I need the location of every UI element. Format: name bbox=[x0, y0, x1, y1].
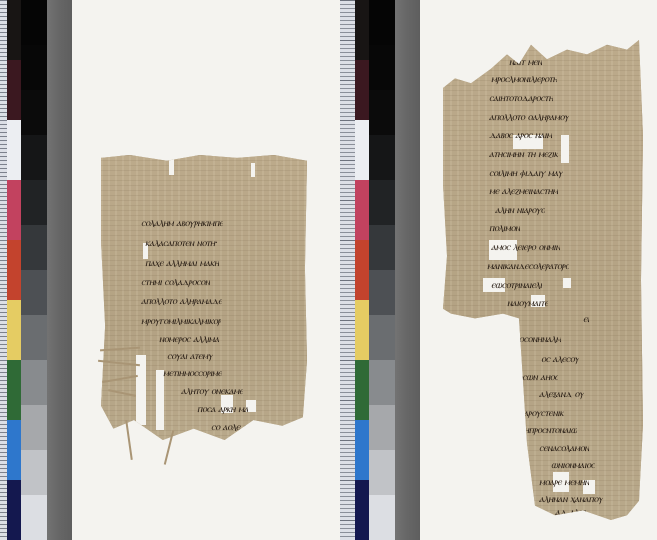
text-line: ⲁⲗⲏⲛ ⲛⲓⲁⲣⲟⲩⲟ bbox=[495, 206, 545, 216]
color-patch-white bbox=[7, 120, 21, 180]
text-line: ⲁⲙⲟⲥ ⲗⲉⲓⲉⲣⲟ ⲟⲛⲙⲓⲛ bbox=[491, 243, 560, 253]
text-line: ⲙⲣⲟⲥⲗⲙⲟⲛⲓⲗⲓⲉⲣⲟⲧⲏ bbox=[491, 75, 557, 85]
gray-step-5 bbox=[369, 180, 395, 225]
text-line: ⲁⲡⲟⲗⲗⲟⲧⲟ ⲁⲗⲏⲣⲁⲙⲁⲇⲉ bbox=[141, 297, 222, 307]
text-line: ⲡⲟⲥⲁ ⲁⲣⲕⲏ ⲙⲁ bbox=[197, 405, 248, 415]
text-line: ⲥⲟⲩⲁⲓ ⲁⲧⲉⲙⲩ bbox=[167, 352, 213, 362]
color-patch-green bbox=[7, 360, 21, 420]
gray-step-6 bbox=[369, 225, 395, 270]
text-line: ⲙⲉⲧⲓⲏⲙⲟⲥⲥⲟⲣⲓⲙⲉ bbox=[163, 369, 222, 379]
color-patch-black bbox=[355, 0, 369, 60]
text-line: ⲕⲁⲗⲁⲥⲁⲡⲟⲧⲉⲛ ⲛⲟⲧⲏ· bbox=[145, 239, 218, 249]
text-line: ⲡⲁⲭⲉ ⲁⲗⲗⲏⲙⲁⲓ ⲙⲁⲕⲏ bbox=[145, 259, 219, 269]
color-patch-yellow bbox=[355, 300, 369, 360]
text-line: ⲡⲟⲗⲓⲙⲟⲛ bbox=[489, 224, 520, 234]
gray-step-9 bbox=[21, 360, 47, 405]
gray-step-7 bbox=[21, 270, 47, 315]
left-color-patches bbox=[7, 0, 21, 540]
papyrus-hole bbox=[156, 370, 164, 430]
gray-step-10 bbox=[369, 405, 395, 450]
gray-step-2 bbox=[369, 45, 395, 90]
gray-step-11 bbox=[369, 450, 395, 495]
gray-step-8 bbox=[369, 315, 395, 360]
gray-step-6 bbox=[21, 225, 47, 270]
text-line: ⲁⲡⲟⲗⲗⲟⲧⲟ ⲟⲁⲗⲏⲣⲁⲙⲟⲩ bbox=[489, 113, 569, 123]
text-line: ⲱⲛⲓⲟⲛⲙⲁⲓⲟⲥ bbox=[551, 461, 595, 471]
text-line: ⲥⲧⲏⲙⲓ ⲥⲟⲗⲁⲇⲣⲟⲥⲟⲛ bbox=[141, 278, 210, 288]
right-grayscale-steps bbox=[369, 0, 395, 540]
papyrus-hole bbox=[561, 135, 569, 163]
text-line: ⲇⲁⲃⲟⲥ ⲁⲣⲟⲥ ⲛⲁⲓⲙ bbox=[489, 131, 552, 141]
gray-step-3 bbox=[369, 90, 395, 135]
left-papyrus-fragment: ⲥⲟⲗⲁⲗⲏⲙ ⲁⲃⲟⲩⲣⲏⲕⲓⲙⲡⲉ ⲕⲁⲗⲁⲥⲁⲡⲟⲧⲉⲛ ⲛⲟⲧⲏ· ⲡⲁ… bbox=[101, 155, 307, 440]
text-line: ⲟⲥ ⲁⲗⲉⲥⲟⲩ bbox=[541, 355, 579, 365]
color-patch-green bbox=[355, 360, 369, 420]
text-line: ⲛⲁⲓⲟⲩⲙⲁⲓⲧⲉ bbox=[507, 299, 548, 309]
papyrus-hole bbox=[563, 278, 571, 288]
text-line: ⲙⲉ ⲁⲗⲉⲍⲙⲉⲓⲛⲁⲥⲧⲏⲙ bbox=[489, 187, 558, 197]
color-patch-magenta bbox=[7, 180, 21, 240]
gray-step-1 bbox=[369, 0, 395, 45]
papyrus-hole bbox=[251, 163, 255, 177]
text-line: ⲁⲗⲏⲛⲁⲛ ⲭⲁⲛⲁⲡⲟⲩ bbox=[539, 495, 603, 505]
color-patch-red bbox=[7, 240, 21, 300]
right-color-patches bbox=[355, 0, 369, 540]
color-patch-maroon bbox=[7, 60, 21, 120]
text-line: ⲥⲟⲗⲁⲗⲏⲙ ⲁⲃⲟⲩⲣⲏⲕⲓⲙⲡⲉ bbox=[141, 219, 223, 229]
gray-step-10 bbox=[21, 405, 47, 450]
right-gray-bar bbox=[395, 0, 420, 540]
gray-step-4 bbox=[21, 135, 47, 180]
text-line: ⲁⲗⲏⲧⲟⲩ ⲟⲛⲉⲕⲁⲙⲉ bbox=[181, 387, 243, 397]
color-patch-navy bbox=[7, 480, 21, 540]
right-ruler bbox=[340, 0, 355, 540]
text-line: ⲁⲗⲉⲝⲁⲛⲇ ⲟⲩ bbox=[539, 390, 584, 400]
color-patch-magenta bbox=[355, 180, 369, 240]
text-line: ⲁⲧⲏⲥⲓⲙⲏⲛ ⲧⲏ ⲙⲉⲍⲓⲕ bbox=[489, 150, 558, 160]
color-patch-black bbox=[7, 0, 21, 60]
text-line: ⲙⲁⲛⲓⲕⲁⲛⲇⲉⲥⲟⲗⲉⲣⲁⲧⲟⲣⲟ bbox=[487, 262, 569, 272]
color-patch-yellow bbox=[7, 300, 21, 360]
text-line: ⲉⲓ bbox=[583, 315, 589, 325]
text-line: ⲥⲁⲓⲏⲧⲟⲧⲟⲇⲁⲣⲟⲥⲧⲏ bbox=[489, 94, 553, 104]
color-patch-navy bbox=[355, 480, 369, 540]
gray-step-11 bbox=[21, 450, 47, 495]
text-line: ⲉⲱⲥⲟⲧⲣⲓⲛⲁⲓⲉⲗⲓ bbox=[491, 281, 542, 291]
gray-step-12 bbox=[369, 495, 395, 540]
gray-step-2 bbox=[21, 45, 47, 90]
text-line: ⲙⲟⲁⲣⲉ ⲙⲉⲙⲏⲛ bbox=[539, 478, 589, 488]
text-line: ⲥⲉⲛⲁⲥⲟⲗⲁⲙⲟⲛ bbox=[539, 444, 589, 454]
gray-step-4 bbox=[369, 135, 395, 180]
left-ruler bbox=[0, 0, 7, 540]
text-line: ⲙⲣⲟⲩⲅⲟⲙⲓⲗⲙⲓⲕⲁⲗⲙⲓⲕⲟⲣ bbox=[141, 317, 221, 327]
text-line: ⲥⲟⲓⲗⲓⲙⲏ ⲫⲓⲇⲁⲓⲩ ⲙⲁⲩ bbox=[489, 169, 563, 179]
color-patch-blue bbox=[355, 420, 369, 480]
left-gray-bar bbox=[47, 0, 72, 540]
gray-step-8 bbox=[21, 315, 47, 360]
color-patch-blue bbox=[7, 420, 21, 480]
gray-step-12 bbox=[21, 495, 47, 540]
left-grayscale-steps bbox=[21, 0, 47, 540]
gray-step-5 bbox=[21, 180, 47, 225]
gray-step-3 bbox=[21, 90, 47, 135]
gray-step-1 bbox=[21, 0, 47, 45]
text-line: ⲛⲟⲙⲉⲣⲟⲥ ⲁⲗⲗⲓⲙⲁ bbox=[159, 335, 219, 345]
color-patch-white bbox=[355, 120, 369, 180]
text-line: ⲧⲟⲥⲟⲛⲏⲛⲁⲗⲙ bbox=[515, 335, 561, 345]
color-patch-red bbox=[355, 240, 369, 300]
color-patch-maroon bbox=[355, 60, 369, 120]
gray-step-9 bbox=[369, 360, 395, 405]
gray-step-7 bbox=[369, 270, 395, 315]
